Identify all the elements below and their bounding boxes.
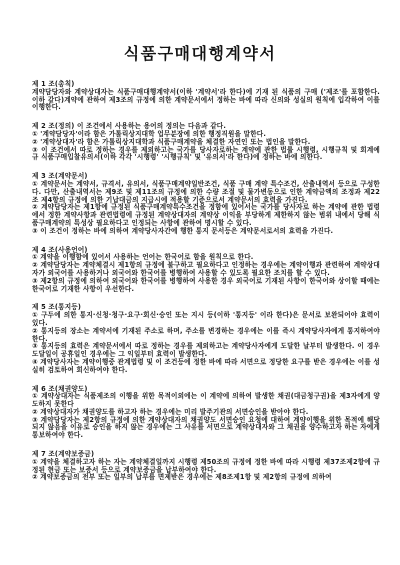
contract-section: 제 4 조(사용언어)① 계약을 이행함에 있어서 사용하는 언어는 한국어로 …	[32, 247, 380, 294]
section-paragraph: ③ 이 조건이 정하는 바에 의하여 계약당사자간에 행한 통지 문서등은 계약…	[32, 228, 380, 236]
document-title: 식품구매대행계약서	[0, 44, 400, 64]
contract-sections: 제 1 조(총칙)계약담당자와 계약상대자는 식품구매대행계약서(이하 '계약서…	[32, 81, 380, 482]
section-paragraph: ③ 이 조건에서 따로 정하는 경우를 제외하고는 국가를 당사자로하는 계약에…	[32, 147, 380, 163]
section-paragraph: ① 구두에 의한 통지·신청·청구·요구·회신·승인 또는 지시 등(이하 '통…	[32, 312, 380, 328]
section-paragraph: ① 계약상대자는 식품제조의 이행을 위한 목적이외에는 이 계약에 의하여 발…	[32, 393, 380, 409]
contract-section: 제 3 조(계약문서)① 계약문서는 계약서, 규격서, 유의서, 식품구매계약…	[32, 173, 380, 235]
section-paragraph: ① 계약문서는 계약서, 규격서, 유의서, 식품구매계약일반조건, 식품 구매…	[32, 181, 380, 204]
section-paragraph: ③ 통지등의 효력은 계약문서에서 따로 정하는 경우를 제외하고는 계약당사자…	[32, 343, 380, 359]
section-paragraph: ② 통지등의 장소는 계약서에 기재된 주소로 하며, 주소를 변경하는 경우에…	[32, 328, 380, 344]
section-paragraph: ② 계약담당자는 계약체결시 제1항의 규정에 불구하고 필요하다고 인정하는 …	[32, 262, 380, 278]
section-paragraph: ② 계약담당자는 제1항에 규정된 식품구매계약특수조건을 정함에 있어서는 국…	[32, 204, 380, 227]
contract-section: 제 5 조(통지등)① 구두에 의한 통지·신청·청구·요구·회신·승인 또는 …	[32, 304, 380, 374]
contract-section: 제 2 조(정의) 이 조건에서 사용하는 용어의 정의는 다음과 같다.① '…	[32, 123, 380, 162]
section-paragraph: ② 계약보증금의 전부 또는 일부의 납부를 면제받은 경우에는 제8조제1항 …	[32, 474, 380, 482]
section-paragraph: ③ 계약담당자는 제2항의 규정에 의한 계약상대자의 채권양도 서면승인 요청…	[32, 417, 380, 440]
contract-section: 제 6 조(채권양도)① 계약상대자는 식품제조의 이행을 위한 목적이외에는 …	[32, 386, 380, 441]
contract-section: 제 7 조(계약보증금)① 계약을 체결하고자 하는 자는 계약체결일까지 시행…	[32, 451, 380, 482]
section-paragraph: ④ 계약당사자는 계약이행중 관계법령 및 이 조건등에 정한 바에 따라 서면…	[32, 359, 380, 375]
section-paragraph: ③ 제2항의 규정에 의하여 외국어와 한국어를 병행하여 사용한 경우 외국어…	[32, 278, 380, 294]
section-paragraph: 계약담당자와 계약상대자는 식품구매대행계약서(이하 '계약서'라 한다)에 기…	[32, 89, 380, 112]
document-page: 식품구매대행계약서 제 1 조(총칙)계약담당자와 계약상대자는 식품구매대행계…	[0, 0, 400, 565]
contract-section: 제 1 조(총칙)계약담당자와 계약상대자는 식품구매대행계약서(이하 '계약서…	[32, 81, 380, 112]
